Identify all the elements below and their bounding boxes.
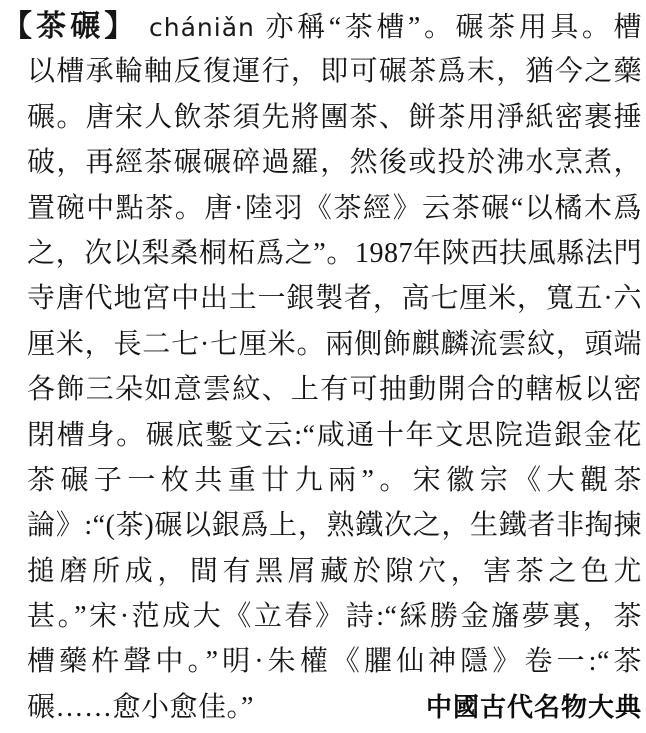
text-line: 厘米，長二七·七厘米。兩側飾麒麟流雲紋，頭端	[2, 322, 642, 367]
text-line: 茶碾子一枚共重廿九兩”。宋徽宗《大觀茶	[2, 458, 642, 503]
entry-last-line-text: 碾……愈小愈佳。”	[27, 685, 254, 730]
entry-first-line: 【茶碾】 chániǎn 亦稱“茶槽”。碾茶用具。槽形，	[2, 4, 642, 49]
text-line: 各飾三朵如意雲紋、上有可抽動開合的轄板以密	[2, 367, 642, 412]
text-line: 搥磨所成，間有黑屑藏於隙穴，害茶之色尤	[2, 549, 642, 594]
text-line: 破，再經茶碾碾碎過羅，然後或投於沸水烹煮，或	[2, 140, 642, 185]
text-line: 置碗中點茶。唐·陸羽《茶經》云茶碾“以橘木爲	[2, 186, 642, 231]
text-line: 甚。”宋·范成大《立春》詩:“綵勝金旛夢裏，茶	[2, 594, 642, 639]
text-line: 以槽承輪軸反復運行，即可碾茶爲末，猶今之藥	[2, 49, 642, 94]
text-line: 之，次以梨桑桐柘爲之”。1987年陝西扶風縣法門	[2, 231, 642, 276]
text-line: 槽藥杵聲中。”明·朱權《臞仙神隱》卷一:“茶	[2, 639, 642, 684]
entry-last-line: 碾……愈小愈佳。” 中國古代名物大典	[2, 685, 642, 730]
text-line: 論》:“(茶)碾以銀爲上，熟鐵次之，生鐵者非掏揀	[2, 503, 642, 548]
entry-pinyin: chániǎn	[149, 13, 255, 42]
entry-headword: 【茶碾】	[2, 10, 138, 43]
scanned-dictionary-page: 【茶碾】 chániǎn 亦稱“茶槽”。碾茶用具。槽形， 以槽承輪軸反復運行，即…	[0, 0, 646, 733]
text-line: 閉槽身。碾底鏨文云:“咸通十年文思院造銀金花	[2, 413, 642, 458]
source-title: 中國古代名物大典	[426, 686, 642, 730]
text-line: 寺唐代地宮中出土一銀製者，高七厘米，寬五·六	[2, 276, 642, 321]
text-line: 碾。唐宋人飲茶須先將團茶、餅茶用淨紙密裹捶	[2, 95, 642, 140]
